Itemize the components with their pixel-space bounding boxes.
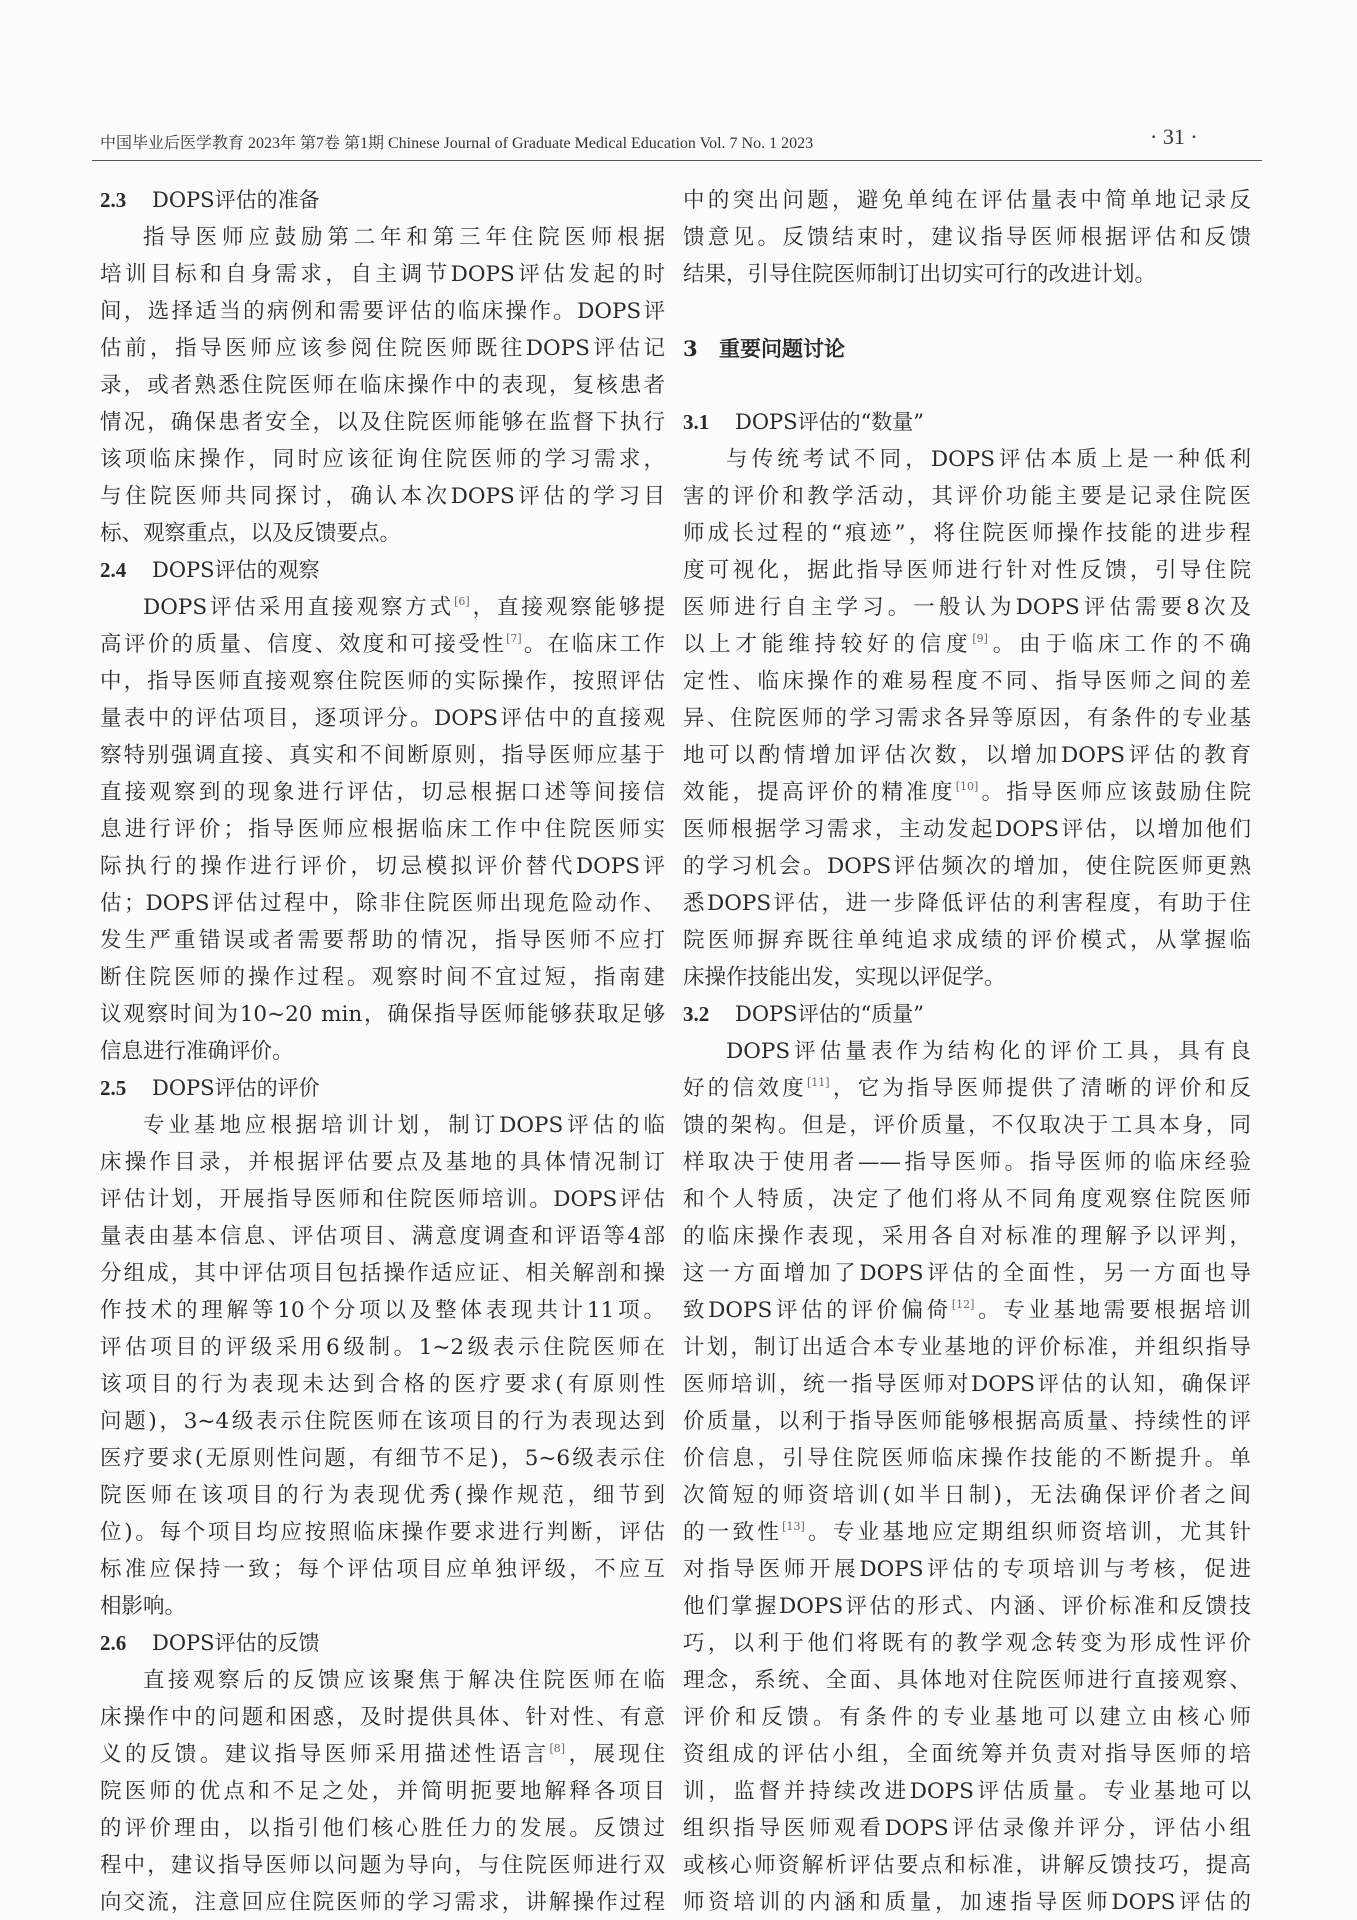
paragraph-line: 医师根据学习需求，主动发起DOPS评估，以增加他们 bbox=[683, 811, 1251, 848]
citation-marker: [12] bbox=[952, 1298, 975, 1311]
paragraph-line: 培训目标和自身需求，自主调节DOPS评估发起的时 bbox=[100, 256, 665, 293]
paragraph-line: 院医师摒弃既往单纯追求成绩的评价模式，从掌握临 bbox=[683, 922, 1251, 959]
paragraph-line: 该项目的行为表现未达到合格的医疗要求(有原则性 bbox=[100, 1366, 665, 1403]
paragraph-line: 直接观察到的现象进行评估，切忌根据口述等间接信 bbox=[100, 774, 665, 811]
paragraph-line: 问题)，3~4级表示住院医师在该项目的行为表现达到 bbox=[100, 1403, 665, 1440]
paragraph-line: 发生严重错误或者需要帮助的情况，指导医师不应打 bbox=[100, 922, 665, 959]
paragraph-line: 估前，指导医师应该参阅住院医师既往DOPS评估记 bbox=[100, 330, 665, 367]
paragraph-line: DOPS评估量表作为结构化的评价工具，具有良 bbox=[683, 1033, 1251, 1070]
section-heading-3-1: 3.1DOPS评估的“数量” bbox=[683, 404, 1251, 441]
paragraph-line: 息进行评价；指导医师应根据临床工作中住院医师实 bbox=[100, 811, 665, 848]
paragraph-line: 这一方面增加了DOPS评估的全面性，另一方面也导 bbox=[683, 1255, 1251, 1292]
paragraph-line: 程中，建议指导医师以问题为导向，与住院医师进行双 bbox=[100, 1847, 665, 1884]
paragraph-line: DOPS评估采用直接观察方式[6]，直接观察能够提 bbox=[100, 589, 665, 626]
spacer bbox=[683, 293, 1251, 330]
paragraph-line: 资组成的评估小组，全面统筹并负责对指导医师的培 bbox=[683, 1736, 1251, 1773]
paragraph-line: 的学习机会。DOPS评估频次的增加，使住院医师更熟 bbox=[683, 848, 1251, 885]
paragraph-line: 悉DOPS评估，进一步降低评估的利害程度，有助于住 bbox=[683, 885, 1251, 922]
paragraph-line: 量表中的评估项目，逐项评分。DOPS评估中的直接观 bbox=[100, 700, 665, 737]
paragraph-line: 好的信效度[11]，它为指导医师提供了清晰的评价和反 bbox=[683, 1070, 1251, 1107]
citation-marker: [7] bbox=[506, 632, 522, 645]
page-number: · 31 · bbox=[1150, 124, 1198, 150]
citation-marker: [9] bbox=[972, 632, 988, 645]
section-heading-2-3: 2.3DOPS评估的准备 bbox=[100, 182, 665, 219]
paragraph-line: 度可视化，据此指导医师进行针对性反馈，引导住院 bbox=[683, 552, 1251, 589]
citation-marker: [11] bbox=[807, 1076, 830, 1089]
paragraph-line: 义的反馈。建议指导医师采用描述性语言[8]，展现住 bbox=[100, 1736, 665, 1773]
paragraph-line: 馈的架构。但是，评价质量，不仅取决于工具本身，同 bbox=[683, 1107, 1251, 1144]
paragraph-line: 医疗要求(无原则性问题，有细节不足)，5~6级表示住 bbox=[100, 1440, 665, 1477]
spacer bbox=[683, 367, 1251, 404]
paragraph-line: 中，指导医师直接观察住院医师的实际操作，按照评估 bbox=[100, 663, 665, 700]
paragraph-line: 的一致性[13]。专业基地应定期组织师资培训，尤其针 bbox=[683, 1514, 1251, 1551]
paragraph-line: 与传统考试不同，DOPS评估本质上是一种低利 bbox=[683, 441, 1251, 478]
left-column: 2.3DOPS评估的准备 指导医师应鼓励第二年和第三年住院医师根据 培训目标和自… bbox=[100, 182, 665, 1920]
paragraph-line: 致DOPS评估的评价偏倚[12]。专业基地需要根据培训 bbox=[683, 1292, 1251, 1329]
paragraph-line: 信息进行准确评价。 bbox=[100, 1033, 665, 1070]
paragraph-line: 他们掌握DOPS评估的形式、内涵、评价标准和反馈技 bbox=[683, 1588, 1251, 1625]
paragraph-line: 中的突出问题，避免单纯在评估量表中简单地记录反 bbox=[683, 182, 1251, 219]
paragraph-line: 与住院医师共同探讨，确认本次DOPS评估的学习目 bbox=[100, 478, 665, 515]
paragraph-line: 的评价理由，以指引他们核心胜任力的发展。反馈过 bbox=[100, 1810, 665, 1847]
citation-marker: [6] bbox=[454, 595, 470, 608]
paragraph-line: 效能，提高评价的精准度[10]。指导医师应该鼓励住院 bbox=[683, 774, 1251, 811]
paragraph-line: 床操作目录，并根据评估要点及基地的具体情况制订 bbox=[100, 1144, 665, 1181]
paragraph-line: 高评价的质量、信度、效度和可接受性[7]。在临床工作 bbox=[100, 626, 665, 663]
paragraph-line: 标准应保持一致；每个评估项目应单独评级，不应互 bbox=[100, 1551, 665, 1588]
paragraph-line: 情况，确保患者安全，以及住院医师能够在监督下执行 bbox=[100, 404, 665, 441]
paragraph-line: 议观察时间为10~20 min，确保指导医师能够获取足够 bbox=[100, 996, 665, 1033]
paragraph-line: 次简短的师资培训(如半日制)，无法确保评价者之间 bbox=[683, 1477, 1251, 1514]
paragraph-line: 床操作中的问题和困惑，及时提供具体、针对性、有意 bbox=[100, 1699, 665, 1736]
paragraph-line: 组织指导医师观看DOPS评估录像并评分，评估小组 bbox=[683, 1810, 1251, 1847]
paragraph-line: 床操作技能出发，实现以评促学。 bbox=[683, 959, 1251, 996]
right-column: 中的突出问题，避免单纯在评估量表中简单地记录反 馈意见。反馈结束时，建议指导医师… bbox=[683, 182, 1251, 1920]
paragraph-line: 医师培训，统一指导医师对DOPS评估的认知，确保评 bbox=[683, 1366, 1251, 1403]
running-header: 中国毕业后医学教育 2023年 第7卷 第1期 Chinese Journal … bbox=[100, 124, 1260, 154]
paragraph-line: 估；DOPS评估过程中，除非住院医师出现危险动作、 bbox=[100, 885, 665, 922]
header-rule bbox=[92, 160, 1262, 161]
journal-citation: 中国毕业后医学教育 2023年 第7卷 第1期 Chinese Journal … bbox=[100, 130, 813, 153]
paragraph-line: 地可以酌情增加评估次数，以增加DOPS评估的教育 bbox=[683, 737, 1251, 774]
paragraph-line: 以上才能维持较好的信度[9]。由于临床工作的不确 bbox=[683, 626, 1251, 663]
citation-marker: [13] bbox=[782, 1520, 805, 1533]
paragraph-line: 指导医师应鼓励第二年和第三年住院医师根据 bbox=[100, 219, 665, 256]
paragraph-line: 标、观察重点，以及反馈要点。 bbox=[100, 515, 665, 552]
paragraph-line: 分组成，其中评估项目包括操作适应证、相关解剖和操 bbox=[100, 1255, 665, 1292]
paragraph-line: 师资培训的内涵和质量，加速指导医师DOPS评估的 bbox=[683, 1884, 1251, 1920]
paragraph-line: 巧，以利于他们将既有的教学观念转变为形成性评价 bbox=[683, 1625, 1251, 1662]
paragraph-line: 专业基地应根据培训计划，制订DOPS评估的临 bbox=[100, 1107, 665, 1144]
paragraph-line: 害的评价和教学活动，其评价功能主要是记录住院医 bbox=[683, 478, 1251, 515]
paragraph-line: 计划，制订出适合本专业基地的评价标准，并组织指导 bbox=[683, 1329, 1251, 1366]
paragraph-line: 察特别强调直接、真实和不间断原则，指导医师应基于 bbox=[100, 737, 665, 774]
section-heading-3: 3重要问题讨论 bbox=[683, 330, 1251, 367]
paragraph-line: 断住院医师的操作过程。观察时间不宜过短，指南建 bbox=[100, 959, 665, 996]
paragraph-line: 院医师在该项目的行为表现优秀(操作规范，细节到 bbox=[100, 1477, 665, 1514]
section-heading-3-2: 3.2DOPS评估的“质量” bbox=[683, 996, 1251, 1033]
paragraph-line: 定性、临床操作的难易程度不同、指导医师之间的差 bbox=[683, 663, 1251, 700]
section-heading-2-5: 2.5DOPS评估的评价 bbox=[100, 1070, 665, 1107]
paragraph-line: 馈意见。反馈结束时，建议指导医师根据评估和反馈 bbox=[683, 219, 1251, 256]
paragraph-line: 的临床操作表现，采用各自对标准的理解予以评判， bbox=[683, 1218, 1251, 1255]
paragraph-line: 训，监督并持续改进DOPS评估质量。专业基地可以 bbox=[683, 1773, 1251, 1810]
paragraph-line: 理念，系统、全面、具体地对住院医师进行直接观察、 bbox=[683, 1662, 1251, 1699]
paragraph-line: 量表由基本信息、评估项目、满意度调查和评语等4部 bbox=[100, 1218, 665, 1255]
paragraph-line: 或核心师资解析评估要点和标准，讲解反馈技巧，提高 bbox=[683, 1847, 1251, 1884]
paragraph-line: 异、住院医师的学习需求各异等原因，有条件的专业基 bbox=[683, 700, 1251, 737]
paragraph-line: 作技术的理解等10个分项以及整体表现共计11项。 bbox=[100, 1292, 665, 1329]
paragraph-line: 师成长过程的“痕迹”，将住院医师操作技能的进步程 bbox=[683, 515, 1251, 552]
paragraph-line: 和个人特质，决定了他们将从不同角度观察住院医师 bbox=[683, 1181, 1251, 1218]
paragraph-line: 录，或者熟悉住院医师在临床操作中的表现，复核患者 bbox=[100, 367, 665, 404]
paragraph-line: 医师进行自主学习。一般认为DOPS评估需要8次及 bbox=[683, 589, 1251, 626]
paragraph-line: 结果，引导住院医师制订出切实可行的改进计划。 bbox=[683, 256, 1251, 293]
paragraph-line: 评估项目的评级采用6级制。1~2级表示住院医师在 bbox=[100, 1329, 665, 1366]
citation-marker: [8] bbox=[550, 1742, 566, 1755]
paragraph-line: 向交流，注意回应住院医师的学习需求，讲解操作过程 bbox=[100, 1884, 665, 1920]
section-heading-2-6: 2.6DOPS评估的反馈 bbox=[100, 1625, 665, 1662]
paragraph-line: 该项临床操作，同时应该征询住院医师的学习需求， bbox=[100, 441, 665, 478]
paragraph-line: 位)。每个项目均应按照临床操作要求进行判断，评估 bbox=[100, 1514, 665, 1551]
paragraph-line: 价质量，以利于指导医师能够根据高质量、持续性的评 bbox=[683, 1403, 1251, 1440]
paragraph-line: 评价和反馈。有条件的专业基地可以建立由核心师 bbox=[683, 1699, 1251, 1736]
paragraph-line: 对指导医师开展DOPS评估的专项培训与考核，促进 bbox=[683, 1551, 1251, 1588]
paragraph-line: 样取决于使用者——指导医师。指导医师的临床经验 bbox=[683, 1144, 1251, 1181]
citation-marker: [10] bbox=[956, 780, 979, 793]
paragraph-line: 评估计划，开展指导医师和住院医师培训。DOPS评估 bbox=[100, 1181, 665, 1218]
section-heading-2-4: 2.4DOPS评估的观察 bbox=[100, 552, 665, 589]
paragraph-line: 间，选择适当的病例和需要评估的临床操作。DOPS评 bbox=[100, 293, 665, 330]
paragraph-line: 院医师的优点和不足之处，并简明扼要地解释各项目 bbox=[100, 1773, 665, 1810]
paragraph-line: 际执行的操作进行评价，切忌模拟评价替代DOPS评 bbox=[100, 848, 665, 885]
paragraph-line: 价信息，引导住院医师临床操作技能的不断提升。单 bbox=[683, 1440, 1251, 1477]
paragraph-line: 相影响。 bbox=[100, 1588, 665, 1625]
paragraph-line: 直接观察后的反馈应该聚焦于解决住院医师在临 bbox=[100, 1662, 665, 1699]
